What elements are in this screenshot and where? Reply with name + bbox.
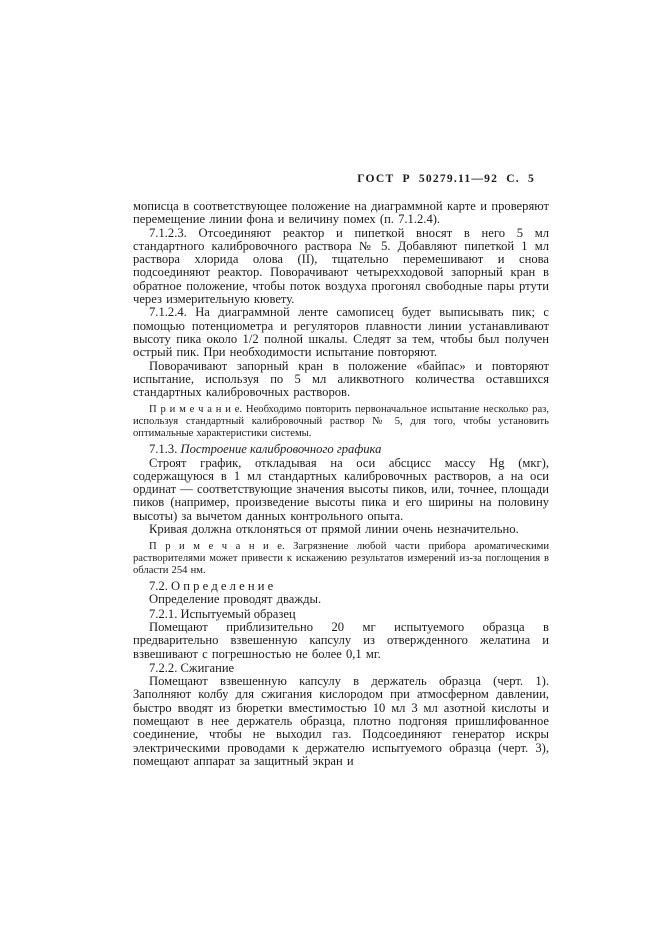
paragraph-twice: Определение проводят дважды. [133, 593, 549, 606]
note-1-label: П р и м е ч а н и е. [149, 404, 242, 415]
paragraph-curve: Кривая должна отклоняться от прямой лини… [133, 523, 549, 536]
text-column: ГОСТ Р 50279.11—92 С. 5 мописца в соотве… [133, 172, 549, 768]
paragraph-burning: Помещают взвешенную капсулу в держатель … [133, 675, 549, 768]
paragraph-continuation: мописца в соответствующее положение на д… [133, 200, 549, 227]
paragraph-calibration-graph: Строят график, откладывая на оси абсцисс… [133, 457, 549, 523]
paragraph-7-1-2-4: 7.1.2.4. На диаграммной ленте самописец … [133, 306, 549, 359]
heading-7-2-2: 7.2.2. Сжигание [133, 662, 549, 675]
heading-7-1-3: 7.1.3. Построение калибровочного графика [133, 443, 549, 456]
heading-7-2: 7.2. О п р е д е л е н и е [133, 580, 549, 593]
scanned-document-page: ГОСТ Р 50279.11—92 С. 5 мописца в соотве… [0, 0, 661, 935]
note-2: П р и м е ч а н и е. Загрязнение любой ч… [133, 541, 549, 576]
heading-7-1-3-title: Построение калибровочного графика [181, 442, 382, 456]
note-2-label: П р и м е ч а н и е. [149, 541, 285, 552]
heading-7-2-1: 7.2.1. Испытуемый образец [133, 608, 549, 621]
paragraph-bypass: Поворачивают запорный кран в положение «… [133, 360, 549, 400]
paragraph-sample: Помещают приблизительно 20 мг испытуемог… [133, 621, 549, 661]
running-header: ГОСТ Р 50279.11—92 С. 5 [133, 172, 549, 185]
note-1: П р и м е ч а н и е. Необходимо повторит… [133, 404, 549, 439]
heading-7-1-3-number: 7.1.3. [149, 442, 177, 456]
paragraph-7-1-2-3: 7.1.2.3. Отсоединяют реактор и пипеткой … [133, 227, 549, 307]
